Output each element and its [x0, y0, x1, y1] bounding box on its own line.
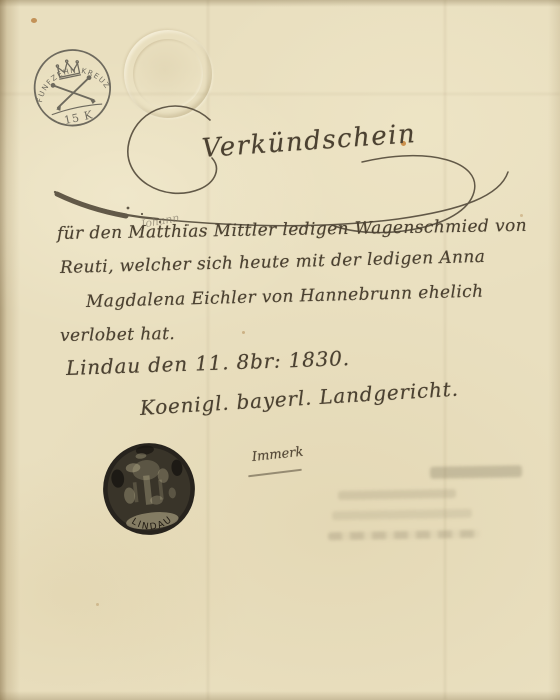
- signature-underline: [248, 469, 302, 478]
- date-line: Lindau den 11. 8br: 1830.: [66, 346, 351, 380]
- foxing-spot: [96, 603, 99, 606]
- verso-show-through: [430, 465, 522, 479]
- body-line-2: Reuti, welcher sich heute mit der ledige…: [60, 247, 486, 278]
- foxing-spot: [31, 18, 37, 23]
- foxing-spot: [242, 331, 245, 334]
- body-line-4: verlobet hat.: [60, 324, 176, 346]
- authority-line: Koenigl. bayerl. Landgericht.: [139, 377, 459, 420]
- body-line-3: Magdalena Eichler von Hannebrunn ehelich: [86, 282, 484, 312]
- signature: Immerk: [251, 445, 304, 465]
- document-page: FUNFZEHN KREUZER 15 K: [0, 0, 560, 700]
- verso-show-through: [332, 509, 472, 520]
- ink-seal-lindau: LINDAU: [94, 434, 204, 544]
- verso-show-through: [338, 489, 456, 500]
- verso-show-through: [328, 530, 480, 541]
